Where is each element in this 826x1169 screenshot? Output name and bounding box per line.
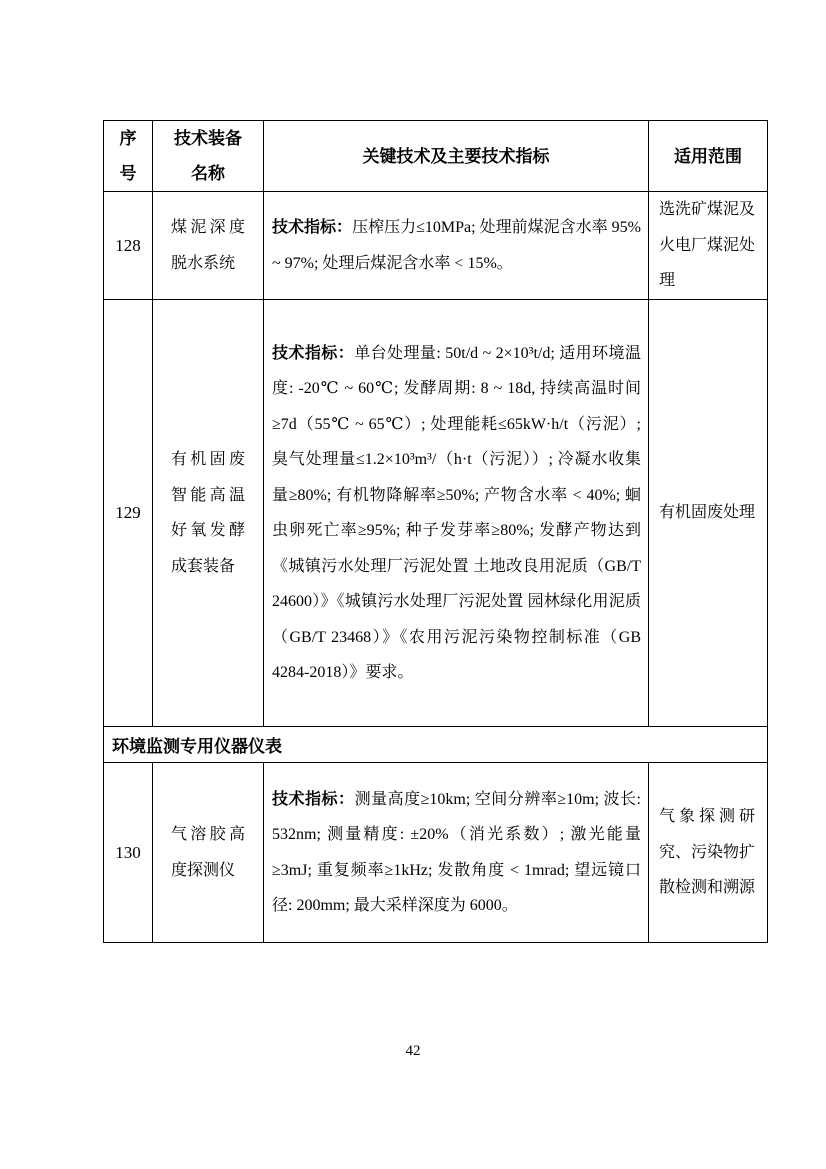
row-number: 128 xyxy=(104,192,153,300)
row-number: 130 xyxy=(104,763,153,943)
spec-cell: 技术指标：单台处理量: 50t/d ~ 2×10³t/d; 适用环境温度: -2… xyxy=(264,300,649,727)
spec-label: 技术指标： xyxy=(272,791,355,808)
header-spec: 关键技术及主要技术指标 xyxy=(264,121,649,192)
row-number: 129 xyxy=(104,300,153,727)
table-row-128: 128 煤泥深度脱水系统 技术指标：压榨压力≤10MPa; 处理前煤泥含水率 9… xyxy=(104,192,768,300)
equipment-name: 煤泥深度脱水系统 xyxy=(153,192,264,300)
equipment-table: 序 号 技术装备 名称 关键技术及主要技术指标 适用范围 128 煤泥深度脱水系… xyxy=(103,120,768,943)
spec-text: 单台处理量: 50t/d ~ 2×10³t/d; 适用环境温度: -20℃ ~ … xyxy=(272,345,641,682)
table-row-130: 130 气溶胶高度探测仪 技术指标：测量高度≥10km; 空间分辨率≥10m; … xyxy=(104,763,768,943)
section-header-row: 环境监测专用仪器仪表 xyxy=(104,727,768,763)
equipment-name: 气溶胶高度探测仪 xyxy=(153,763,264,943)
section-header: 环境监测专用仪器仪表 xyxy=(104,727,768,763)
table-row-129: 129 有机固废智能高温好氧发酵成套装备 技术指标：单台处理量: 50t/d ~… xyxy=(104,300,768,727)
table-header-row: 序 号 技术装备 名称 关键技术及主要技术指标 适用范围 xyxy=(104,121,768,192)
scope-cell: 选洗矿煤泥及火电厂煤泥处理 xyxy=(649,192,768,300)
spec-text: 测量高度≥10km; 空间分辨率≥10m; 波长: 532nm; 测量精度: ±… xyxy=(272,791,641,915)
spec-cell: 技术指标：测量高度≥10km; 空间分辨率≥10m; 波长: 532nm; 测量… xyxy=(264,763,649,943)
equipment-name: 有机固废智能高温好氧发酵成套装备 xyxy=(153,300,264,727)
spec-cell: 技术指标：压榨压力≤10MPa; 处理前煤泥含水率 95% ~ 97%; 处理后… xyxy=(264,192,649,300)
header-name: 技术装备 名称 xyxy=(153,121,264,192)
scope-cell: 有机固废处理 xyxy=(649,300,768,727)
spec-label: 技术指标： xyxy=(272,219,352,236)
page-number: 42 xyxy=(0,1043,826,1060)
header-no: 序 号 xyxy=(104,121,153,192)
scope-cell: 气象探测研究、污染物扩散检测和溯源 xyxy=(649,763,768,943)
header-scope: 适用范围 xyxy=(649,121,768,192)
spec-label: 技术指标： xyxy=(272,345,354,362)
